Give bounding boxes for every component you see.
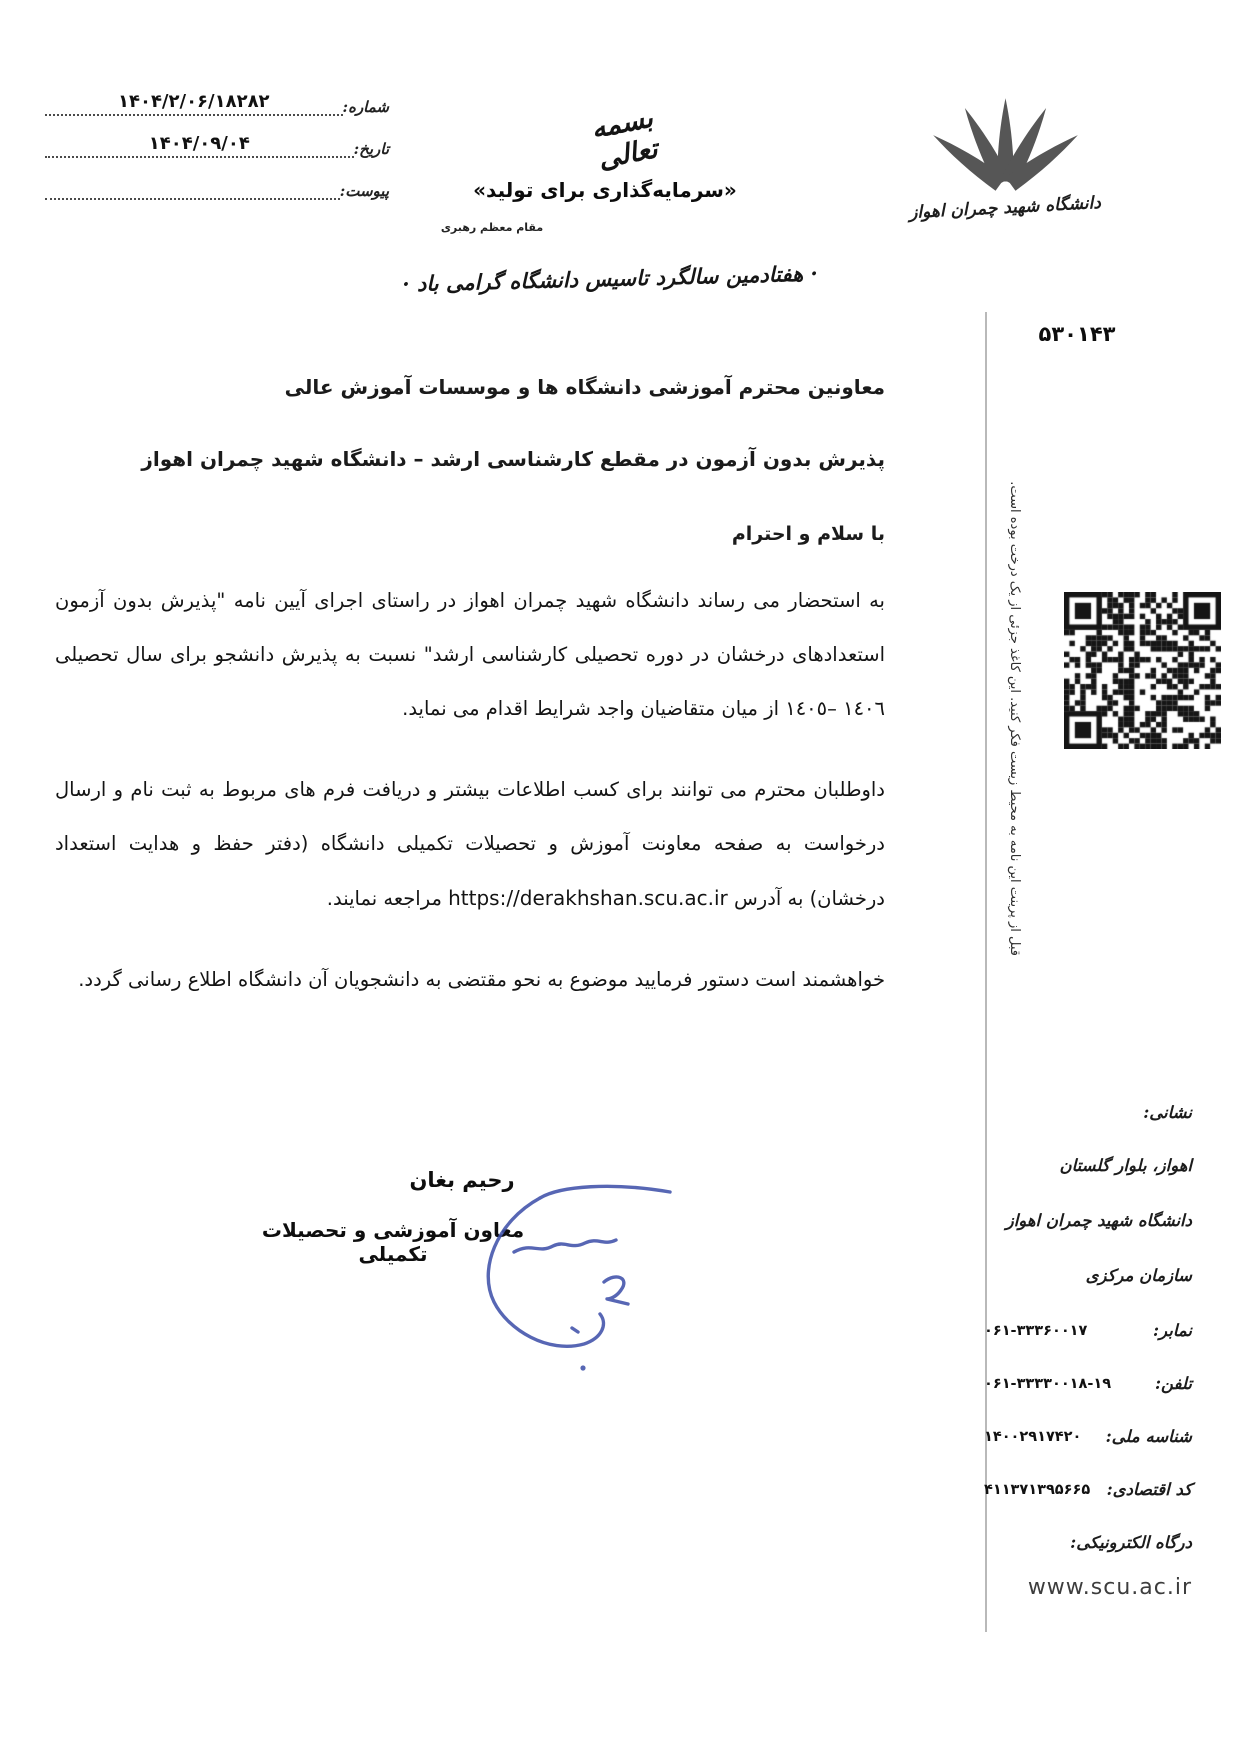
paragraph-3: خواهشمند است دستور فرمایید موضوع به نحو … <box>55 953 885 1007</box>
website-url: www.scu.ac.ir <box>984 1575 1192 1600</box>
address-label-row: نشانی: <box>984 1098 1192 1128</box>
bismillah-calligraphy: بسمه تعالی <box>555 96 694 182</box>
eco-reminder-vertical-text: قبل از پرینت این نامه به محیط زیست فکر ک… <box>1000 438 1022 956</box>
year-slogan: «سرمایه‌گذاری برای تولید» <box>420 178 790 202</box>
university-logo: دانشگاه شهید چمران اهواز <box>890 92 1120 218</box>
economic-code-row: کد اقتصادی: ۴۱۱۳۷۱۳۹۵۶۶۵ <box>984 1475 1192 1505</box>
ref-number-value: ۱۴۰۴/۲/۰۶/۱۸۲۸۲ <box>45 90 343 116</box>
paragraph-2-text-end: مراجعه نمایند. <box>327 887 442 910</box>
date-row: تاریخ: ۱۴۰۴/۰۹/۰۴ <box>45 132 393 158</box>
ref-number-label: شماره: <box>343 98 393 116</box>
letter-body: معاونین محترم آموزشی دانشگاه ها و موسسات… <box>55 372 885 1007</box>
contact-block: نشانی: اهواز، بلوار گلستان دانشگاه شهید … <box>984 1098 1192 1600</box>
academic-year-range: ١٤٠٦ –١٤٠٥ <box>785 697 885 720</box>
phone-value: ۰۶۱-۳۳۳۳۰۰۱۸-۱۹ <box>984 1369 1111 1399</box>
economic-code-value: ۴۱۱۳۷۱۳۹۵۶۶۵ <box>984 1475 1090 1505</box>
national-id-label: شناسه ملی: <box>1106 1422 1192 1452</box>
attachment-value <box>45 174 340 200</box>
address-line-org: سازمان مرکزی <box>984 1261 1192 1291</box>
letter-meta: شماره: ۱۴۰۴/۲/۰۶/۱۸۲۸۲ تاریخ: ۱۴۰۴/۰۹/۰۴… <box>45 90 393 216</box>
address-line-city: اهواز، بلوار گلستان <box>984 1151 1192 1181</box>
handwritten-signature-icon <box>452 1178 677 1383</box>
ref-number-row: شماره: ۱۴۰۴/۲/۰۶/۱۸۲۸۲ <box>45 90 393 116</box>
national-id-value: ۱۴۰۰۲۹۱۷۴۲۰ <box>984 1422 1081 1452</box>
attachment-row: پیوست: <box>45 174 393 200</box>
paragraph-1-text: به استحضار می رساند دانشگاه شهید چمران ا… <box>55 589 885 666</box>
qr-code-canvas <box>1064 592 1221 749</box>
fax-label: نمابر: <box>1153 1316 1192 1346</box>
slogan-attribution: مقام معظم رهبری <box>432 221 552 234</box>
address-line-university: دانشگاه شهید چمران اهواز <box>984 1206 1192 1236</box>
portal-label: درگاه الکترونیکی: <box>1070 1528 1192 1558</box>
scanned-letter-page: شماره: ۱۴۰۴/۲/۰۶/۱۸۲۸۲ تاریخ: ۱۴۰۴/۰۹/۰۴… <box>0 0 1239 1754</box>
salutation-line: با سلام و احترام <box>55 520 885 548</box>
subject-line: پذیرش بدون آزمون در مقطع کارشناسی ارشد –… <box>55 444 885 474</box>
handwritten-archive-number: ۵۳۰۱۴۳ <box>1012 322 1142 346</box>
paragraph-1-text-end: از میان متقاضیان واجد شرایط اقدام می نما… <box>402 697 779 720</box>
national-id-row: شناسه ملی: ۱۴۰۰۲۹۱۷۴۲۰ <box>984 1422 1192 1452</box>
paragraph-1: به استحضار می رساند دانشگاه شهید چمران ا… <box>55 574 885 737</box>
fax-row: نمابر: ۰۶۱-۳۳۳۶۰۰۱۷ <box>984 1316 1192 1346</box>
phone-row: تلفن: ۰۶۱-۳۳۳۳۰۰۱۸-۱۹ <box>984 1369 1192 1399</box>
portal-label-row: درگاه الکترونیکی: <box>984 1528 1192 1558</box>
qr-code <box>1064 592 1221 749</box>
phone-label: تلفن: <box>1155 1369 1192 1399</box>
date-value: ۱۴۰۴/۰۹/۰۴ <box>45 132 354 158</box>
anniversary-note: · هفتادمین سالگرد تاسیس دانشگاه گرامی با… <box>310 258 910 299</box>
logo-caption: دانشگاه شهید چمران اهواز <box>890 192 1121 224</box>
date-label: تاریخ: <box>354 140 393 158</box>
palm-fan-logo-icon <box>898 92 1113 196</box>
attachment-label: پیوست: <box>340 182 393 200</box>
recipient-line: معاونین محترم آموزشی دانشگاه ها و موسسات… <box>55 372 885 402</box>
economic-code-label: کد اقتصادی: <box>1107 1475 1192 1505</box>
fax-value: ۰۶۱-۳۳۳۶۰۰۱۷ <box>984 1316 1087 1346</box>
registration-url: https://derakhshan.scu.ac.ir <box>448 886 728 910</box>
address-label: نشانی: <box>1143 1098 1192 1128</box>
paragraph-2: داوطلبان محترم می توانند برای کسب اطلاعا… <box>55 763 885 927</box>
